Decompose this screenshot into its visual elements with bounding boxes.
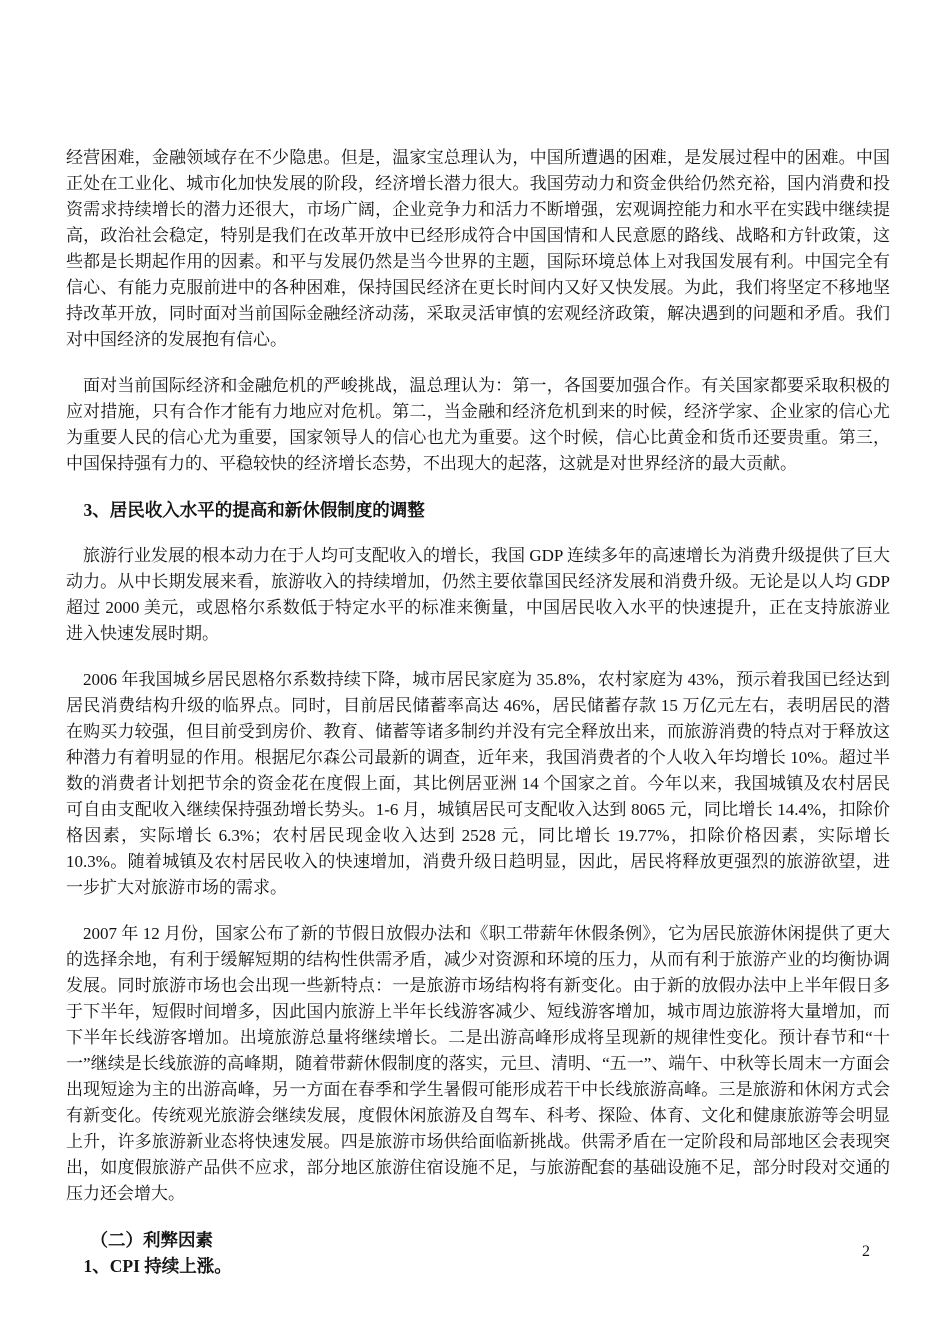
section-heading-factors: （二）利弊因素 — [66, 1227, 890, 1253]
paragraph-wen-views: 面对当前国际经济和金融危机的严峻挑战，温总理认为：第一，各国要加强合作。有关国家… — [66, 373, 890, 477]
paragraph-engel-coefficient: 2006 年我国城乡居民恩格尔系数持续下降，城市居民家庭为 35.8%，农村家庭… — [66, 667, 890, 901]
paragraph-holiday-policy: 2007 年 12 月份，国家公布了新的节假日放假办法和《职工带薪年休假条例》，… — [66, 921, 890, 1207]
page-number: 2 — [862, 1242, 870, 1262]
paragraph-continuation: 经营困难，金融领域存在不少隐患。但是，温家宝总理认为，中国所遭遇的困难，是发展过… — [66, 145, 890, 353]
document-page: 经营困难，金融领域存在不少隐患。但是，温家宝总理认为，中国所遭遇的困难，是发展过… — [0, 0, 950, 1344]
section-heading-cpi: 1、CPI 持续上涨。 — [66, 1253, 890, 1279]
paragraph-tourism-driver: 旅游行业发展的根本动力在于人均可支配收入的增长，我国 GDP 连续多年的高速增长… — [66, 543, 890, 647]
section-heading-income-holiday: 3、居民收入水平的提高和新休假制度的调整 — [66, 497, 890, 523]
